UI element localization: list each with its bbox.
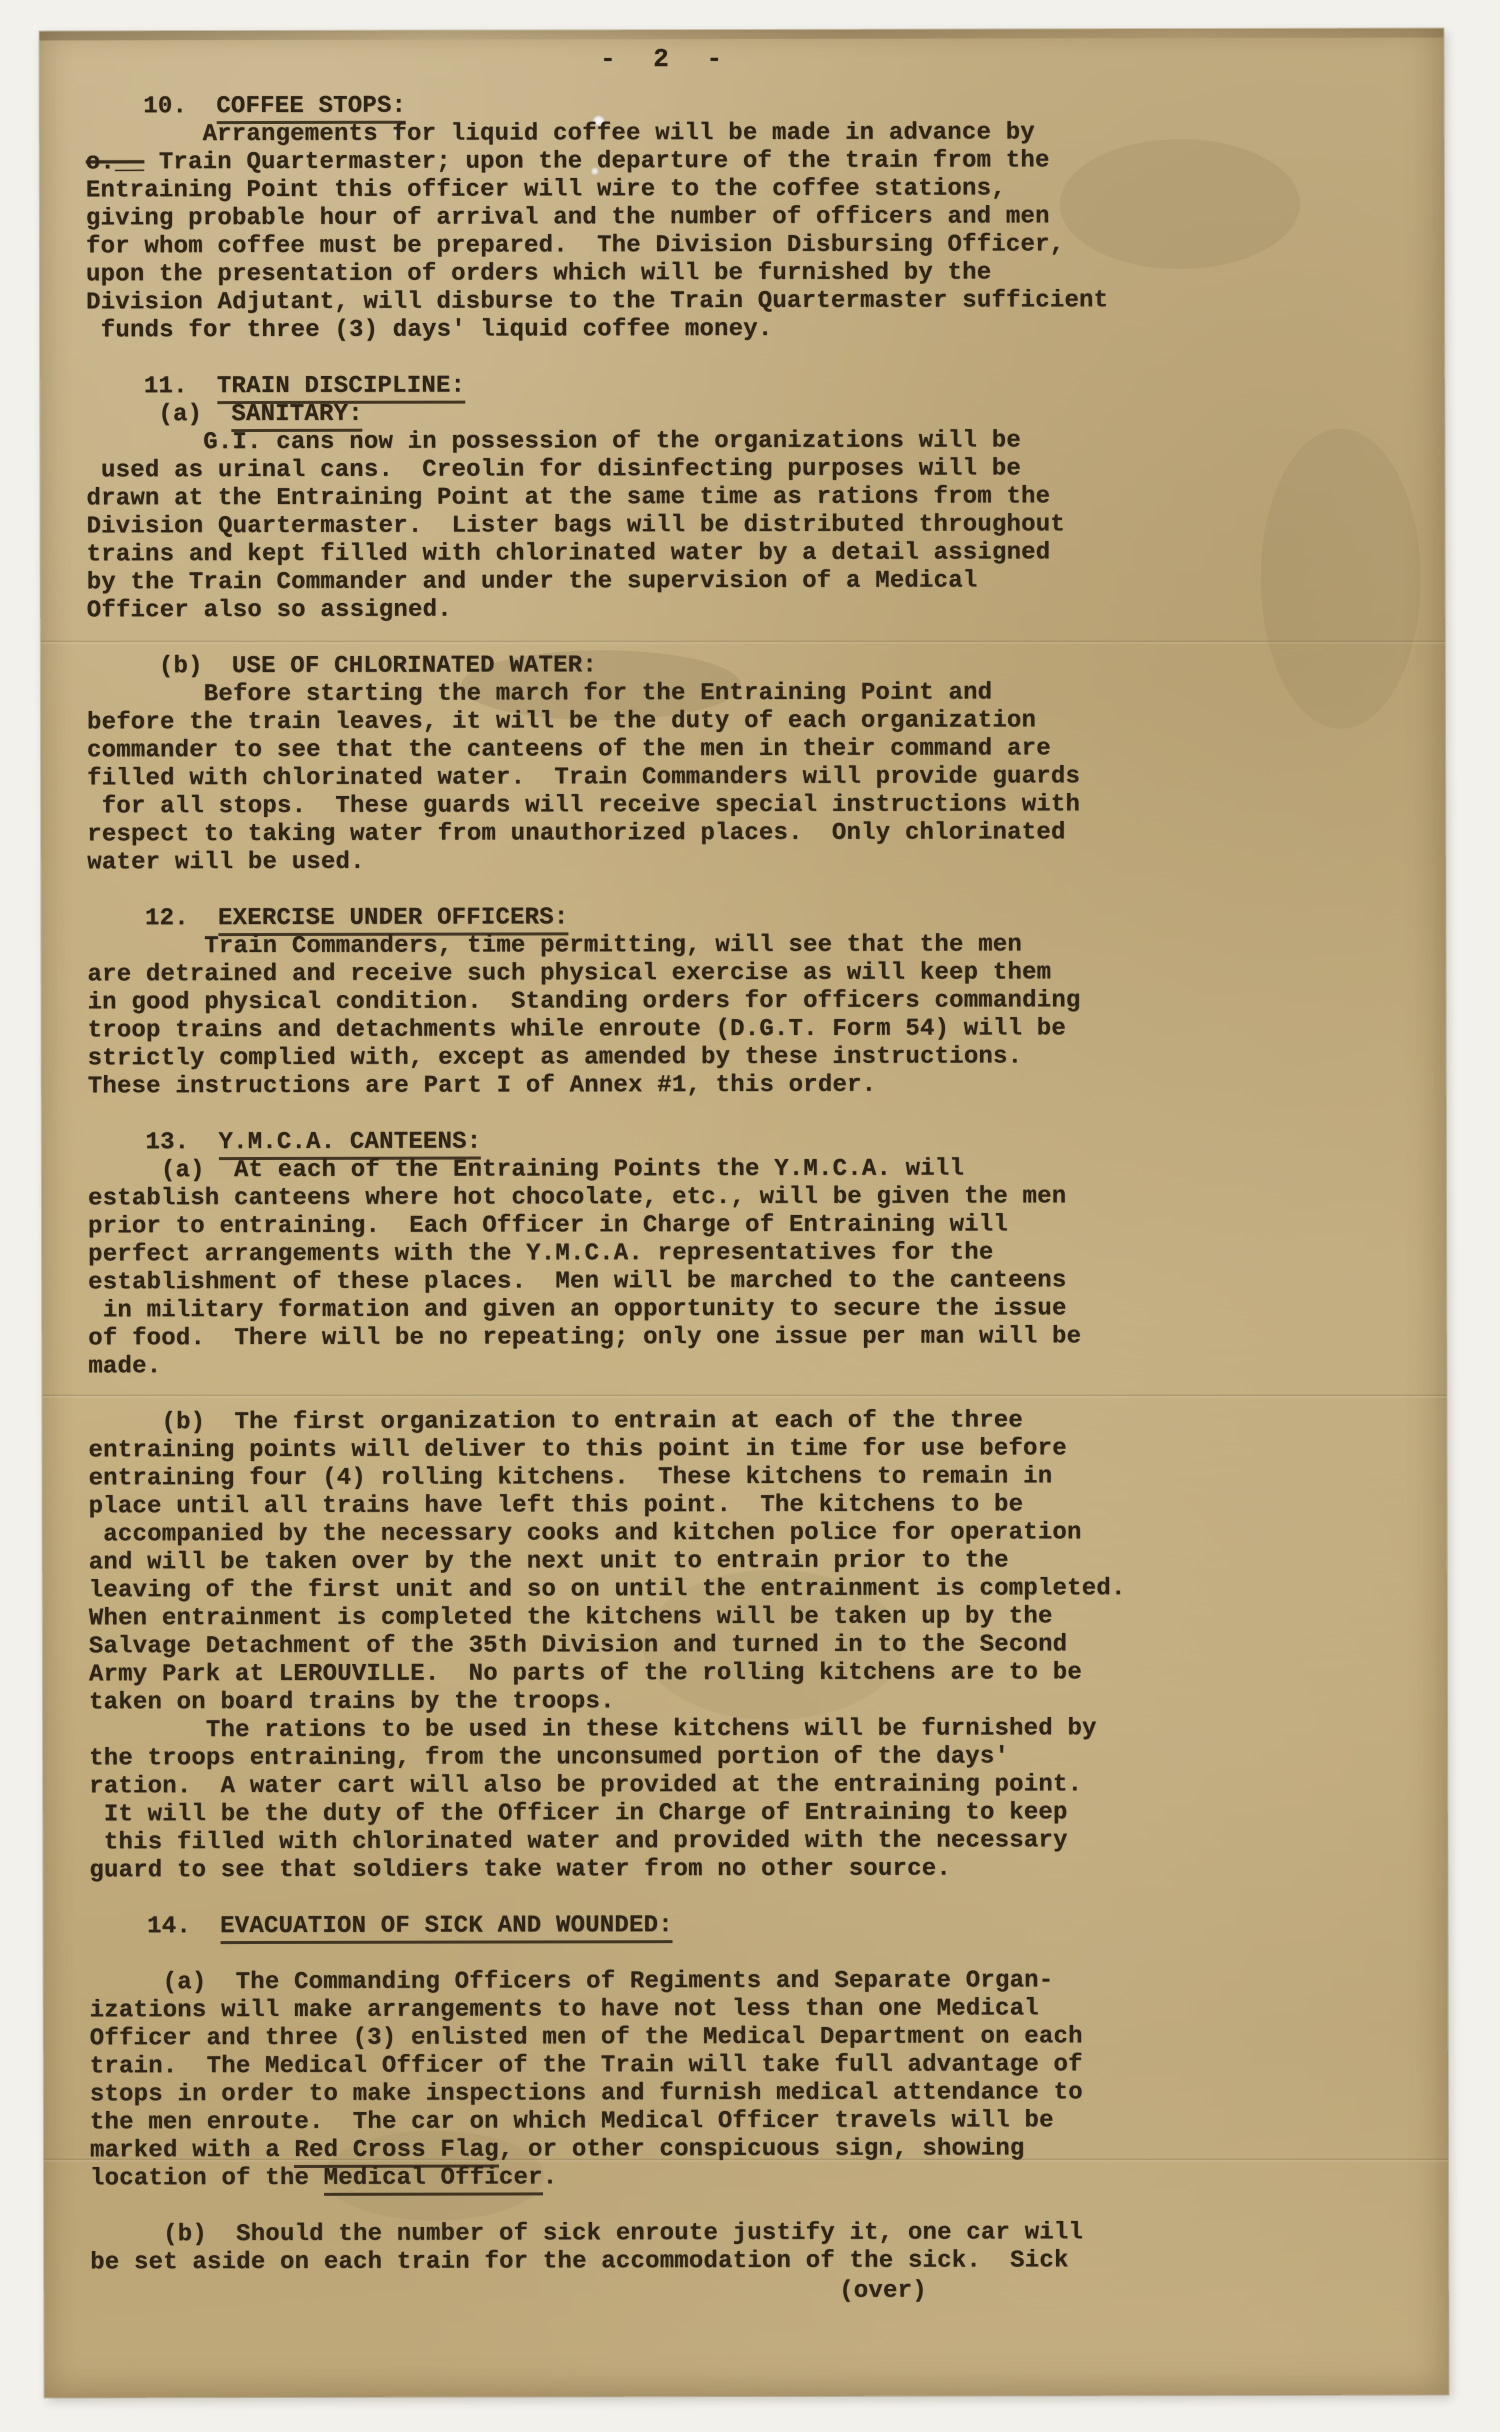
struck-out-text: o.__	[86, 149, 144, 176]
text-line: commander to see that the canteens of th…	[87, 735, 1411, 766]
text-line: (a) At each of the Entraining Points the…	[88, 1155, 1412, 1186]
text-line: It will be the duty of the Officer in Ch…	[89, 1799, 1413, 1830]
text-line: Officer also so assigned.	[87, 595, 1411, 626]
text-line: drawn at the Entraining Point at the sam…	[86, 483, 1410, 514]
text-line: prior to entraining. Each Officer in Cha…	[88, 1211, 1412, 1242]
section-heading: 13. Y.M.C.A. CANTEENS:	[88, 1127, 1412, 1158]
section-10: 10. COFFEE STOPS: Arrangements for liqui…	[86, 91, 1411, 346]
section-title: COFFEE STOPS:	[216, 93, 406, 124]
document-body: 10. COFFEE STOPS: Arrangements for liqui…	[86, 91, 1415, 2308]
text-line: stops in order to make inspections and f…	[90, 2079, 1414, 2110]
text-line: establish canteens where hot chocolate, …	[88, 1183, 1412, 1214]
text-line: in military formation and given an oppor…	[88, 1295, 1412, 1326]
text-line: the troops entraining, from the unconsum…	[89, 1743, 1413, 1774]
text-line: entraining four (4) rolling kitchens. Th…	[89, 1463, 1413, 1494]
text-line: for all stops. These guards will receive…	[87, 791, 1411, 822]
text-line: marked with a Red Cross Flag, or other c…	[90, 2135, 1414, 2166]
section-13: 13. Y.M.C.A. CANTEENS: (a) At each of th…	[88, 1127, 1414, 1886]
text-line: place until all trains have left this po…	[89, 1491, 1413, 1522]
section-number: 10.	[143, 93, 187, 120]
text-line: funds for three (3) days' liquid coffee …	[86, 315, 1410, 346]
underlined-text: Red Cross Flag	[294, 2137, 499, 2168]
text-line: strictly complied with, except as amende…	[88, 1043, 1412, 1074]
section-number: 14.	[147, 1913, 191, 1940]
section-number: 11.	[144, 373, 188, 400]
sub-section-title: SANITARY:	[231, 401, 362, 432]
text-line: filled with chlorinated water. Train Com…	[87, 763, 1411, 794]
section-title: Y.M.C.A. CANTEENS:	[218, 1129, 481, 1161]
text-line: used as urinal cans. Creolin for disinfe…	[86, 455, 1410, 486]
document-page: - 2 - 10. COFFEE STOPS: Arrangements for…	[40, 29, 1449, 2398]
text-line: of food. There will be no repeating; onl…	[88, 1323, 1412, 1354]
section-14: 14. EVACUATION OF SICK AND WOUNDED: (a) …	[89, 1911, 1414, 2278]
text-line: trains and kept filled with chlorinated …	[87, 539, 1411, 570]
paragraph: (a) The Commanding Officers of Regiments…	[90, 1967, 1414, 2194]
text-segment: , or other conspicuous sign, showing	[499, 2135, 1025, 2163]
text-line: entraining points will deliver to this p…	[88, 1435, 1412, 1466]
text-line: Division Adjutant, will disburse to the …	[86, 287, 1410, 318]
text-line: by the Train Commander and under the sup…	[87, 567, 1411, 598]
paragraph: (a) At each of the Entraining Points the…	[88, 1155, 1412, 1382]
text-line: (b) Should the number of sick enroute ju…	[90, 2219, 1414, 2250]
text-line: (a) The Commanding Officers of Regiments…	[90, 1967, 1414, 1998]
text-line: upon the presentation of orders which wi…	[86, 259, 1410, 290]
paragraph: Arrangements for liquid coffee will be m…	[86, 119, 1410, 346]
text-line: ration. A water cart will also be provid…	[89, 1771, 1413, 1802]
text-line: troop trains and detachments while enrou…	[88, 1015, 1412, 1046]
text-line: and will be taken over by the next unit …	[89, 1547, 1413, 1578]
text-line: These instructions are Part I of Annex #…	[88, 1071, 1412, 1102]
text-line: the men enroute. The car on which Medica…	[90, 2107, 1414, 2138]
text-line: o.__ Train Quartermaster; upon the depar…	[86, 147, 1410, 178]
text-segment: marked with a	[90, 2137, 294, 2164]
underlined-text: Medical Officer	[324, 2164, 543, 2195]
section-title: EVACUATION OF SICK AND WOUNDED:	[220, 1912, 673, 1944]
scan-background: { "colors": { "paper": "#c3ae80", "ink":…	[0, 0, 1500, 2432]
text-line: Before starting the march for the Entrai…	[87, 679, 1411, 710]
section-11: 11. TRAIN DISCIPLINE:(a) SANITARY: G.I. …	[86, 371, 1411, 878]
paragraph: (b) The first organization to entrain at…	[88, 1407, 1413, 1718]
text-line: Arrangements for liquid coffee will be m…	[86, 119, 1410, 150]
section-title: EXERCISE UNDER OFFICERS:	[218, 904, 569, 936]
text-line: made.	[88, 1351, 1412, 1382]
text-line: When entrainment is completed the kitche…	[89, 1603, 1413, 1634]
page-number: - 2 -	[0, 43, 1369, 76]
text-line: G.I. cans now in possession of the organ…	[86, 427, 1410, 458]
text-line: water will be used.	[87, 847, 1411, 878]
section-number: 13.	[145, 1129, 189, 1156]
section-heading: 14. EVACUATION OF SICK AND WOUNDED:	[89, 1911, 1413, 1942]
text-line: respect to taking water from unauthorize…	[87, 819, 1411, 850]
text-line: Officer and three (3) enlisted men of th…	[90, 2023, 1414, 2054]
text-segment: Train Quartermaster; upon the departure …	[144, 147, 1049, 176]
text-line: Train Commanders, time permitting, will …	[87, 931, 1411, 962]
text-line: leaving of the first unit and so on unti…	[89, 1575, 1413, 1606]
paragraph: Train Commanders, time permitting, will …	[87, 931, 1411, 1102]
sub-section-label: (b)	[159, 653, 203, 680]
sub-section-heading: (a) SANITARY:	[86, 399, 1410, 430]
text-line: (b) The first organization to entrain at…	[88, 1407, 1412, 1438]
text-line: Division Quartermaster. Lister bags will…	[87, 511, 1411, 542]
paragraph: (b) Should the number of sick enroute ju…	[90, 2219, 1414, 2278]
sub-section-heading: (b) USE OF CHLORINATED WATER:	[87, 651, 1411, 682]
text-line: Entraining Point this officer will wire …	[86, 175, 1410, 206]
text-line: The rations to be used in these kitchens…	[89, 1715, 1413, 1746]
section-heading: 11. TRAIN DISCIPLINE:	[86, 371, 1410, 402]
section-title: TRAIN DISCIPLINE:	[217, 373, 465, 405]
text-line: giving probable hour of arrival and the …	[86, 203, 1410, 234]
text-line: perfect arrangements with the Y.M.C.A. r…	[88, 1239, 1412, 1270]
section-heading: 10. COFFEE STOPS:	[86, 91, 1410, 122]
text-line: before the train leaves, it will be the …	[87, 707, 1411, 738]
text-line: establishment of these places. Men will …	[88, 1267, 1412, 1298]
section-12: 12. EXERCISE UNDER OFFICERS: Train Comma…	[87, 903, 1411, 1102]
text-line: Army Park at LEROUVILLE. No parts of the…	[89, 1659, 1413, 1690]
section-heading: 12. EXERCISE UNDER OFFICERS:	[87, 903, 1411, 934]
text-line: be set aside on each train for the accom…	[90, 2247, 1414, 2278]
paragraph: The rations to be used in these kitchens…	[89, 1715, 1413, 1886]
text-line: accompanied by the necessary cooks and k…	[89, 1519, 1413, 1550]
sections-container: 10. COFFEE STOPS: Arrangements for liqui…	[86, 91, 1415, 2278]
text-line: in good physical condition. Standing ord…	[88, 987, 1412, 1018]
text-segment: location of the	[90, 2165, 324, 2192]
text-line: this filled with chlorinated water and p…	[89, 1827, 1413, 1858]
sub-section-label: (a)	[158, 401, 202, 428]
text-segment: .	[543, 2164, 558, 2191]
over-label: (over)	[90, 2277, 1414, 2308]
text-line: izations will make arrangements to have …	[90, 1995, 1414, 2026]
text-line: Salvage Detachment of the 35th Division …	[89, 1631, 1413, 1662]
paragraph: G.I. cans now in possession of the organ…	[86, 427, 1410, 626]
paragraph: Before starting the march for the Entrai…	[87, 679, 1411, 878]
section-number: 12.	[145, 905, 189, 932]
text-line: train. The Medical Officer of the Train …	[90, 2051, 1414, 2082]
text-line: guard to see that soldiers take water fr…	[89, 1855, 1413, 1886]
text-line: location of the Medical Officer.	[90, 2163, 1414, 2194]
sub-section-title: USE OF CHLORINATED WATER:	[232, 652, 597, 680]
text-line: taken on board trains by the troops.	[89, 1687, 1413, 1718]
text-line: are detrained and receive such physical …	[87, 959, 1411, 990]
text-line: for whom coffee must be prepared. The Di…	[86, 231, 1410, 262]
